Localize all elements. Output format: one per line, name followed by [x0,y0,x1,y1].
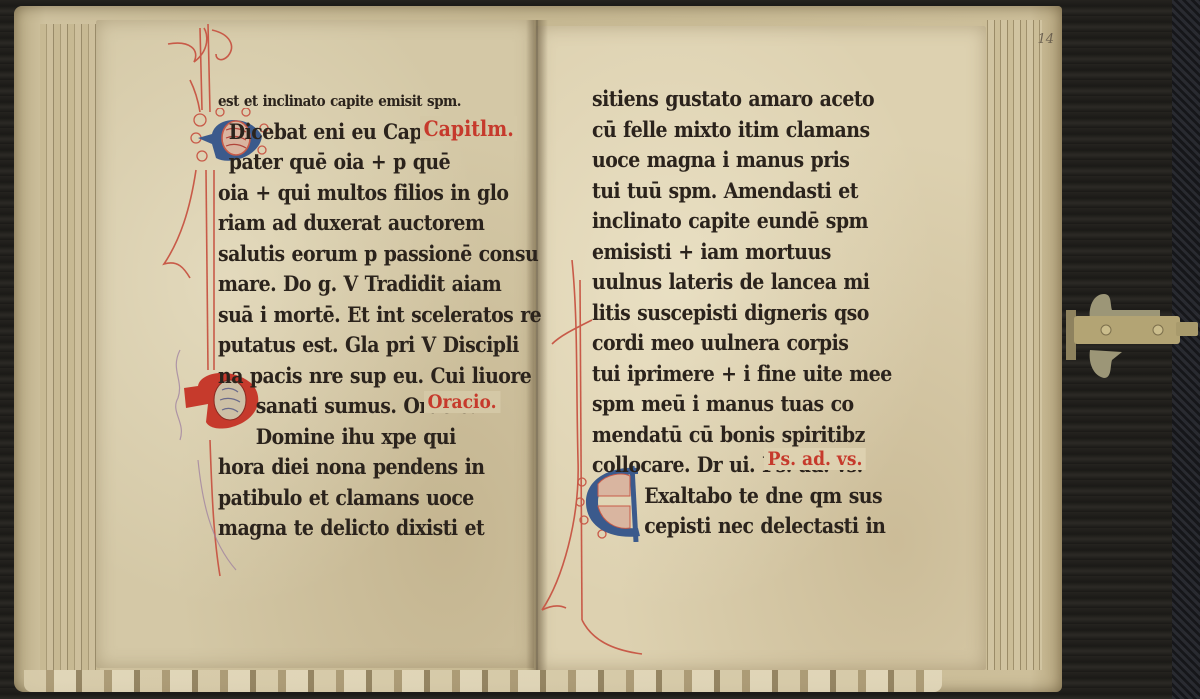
text-line: putatus est. Gla pri V Discipli [218,330,541,361]
text-line: cordi meo uulnera corpis [592,328,892,359]
text-line: emisisti + iam mortuus [592,237,892,268]
text-line: Domine ihu xpe qui [218,422,541,453]
text-line: na pacis nre sup eu. Cui liuore [218,361,541,392]
text-line: uulnus lateris de lancea mi [592,267,892,298]
page-edges-left [40,24,100,670]
text-line: riam ad duxerat auctorem [218,208,541,239]
text-line: oia + qui multos filios in glo [218,178,541,209]
text-line: hora diei nona pendens in [218,452,541,483]
text-line: uoce magna i manus pris [592,145,892,176]
text-line: salutis eorum p passionē consu [218,239,541,270]
text-line: magna te delicto dixisti et [218,513,541,544]
brass-clasp [1060,280,1200,390]
text-line: mendatū cū bonis spiritibz [592,420,892,451]
text-line: est et inclinato capite emisit spm. [218,86,541,117]
text-line: mare. Do g. V Tradidit aiam [218,269,541,300]
text-line: patibulo et clamans uoce [218,483,541,514]
text-line: cū felle mixto itim clamans [592,115,892,146]
cover-worn-edge [24,670,942,692]
right-page-text: sitiens gustato amaro aceto cū felle mix… [592,84,925,542]
rubric-capitulum: Capitlm. [420,116,517,141]
text-line: inclinato capite eundē spm [592,206,892,237]
folio-number: 14 [1037,32,1054,47]
text-line: spm meū i manus tuas co [592,389,892,420]
text-line: sitiens gustato amaro aceto [592,84,892,115]
text-line: Exaltabo te dne qm sus [592,481,892,512]
text-line: cepisti nec delectasti in [592,511,892,542]
text-line: suā i mortē. Et int sceleratos re [218,300,541,331]
page-edges-right [982,20,1042,670]
text-line: tui iprimere + i fine uite mee [592,359,892,390]
text-line: litis suscepisti digneris qso [592,298,892,329]
left-page-text: est et inclinato capite emisit spm. Dice… [218,86,577,544]
rubric-psalm: Ps. ad. vs. [764,448,866,470]
text-line: tui tuū spm. Amendasti et [592,176,892,207]
text-line: pater quē oia + p quē [218,147,541,178]
rubric-oracio: Oracio. [424,391,500,413]
